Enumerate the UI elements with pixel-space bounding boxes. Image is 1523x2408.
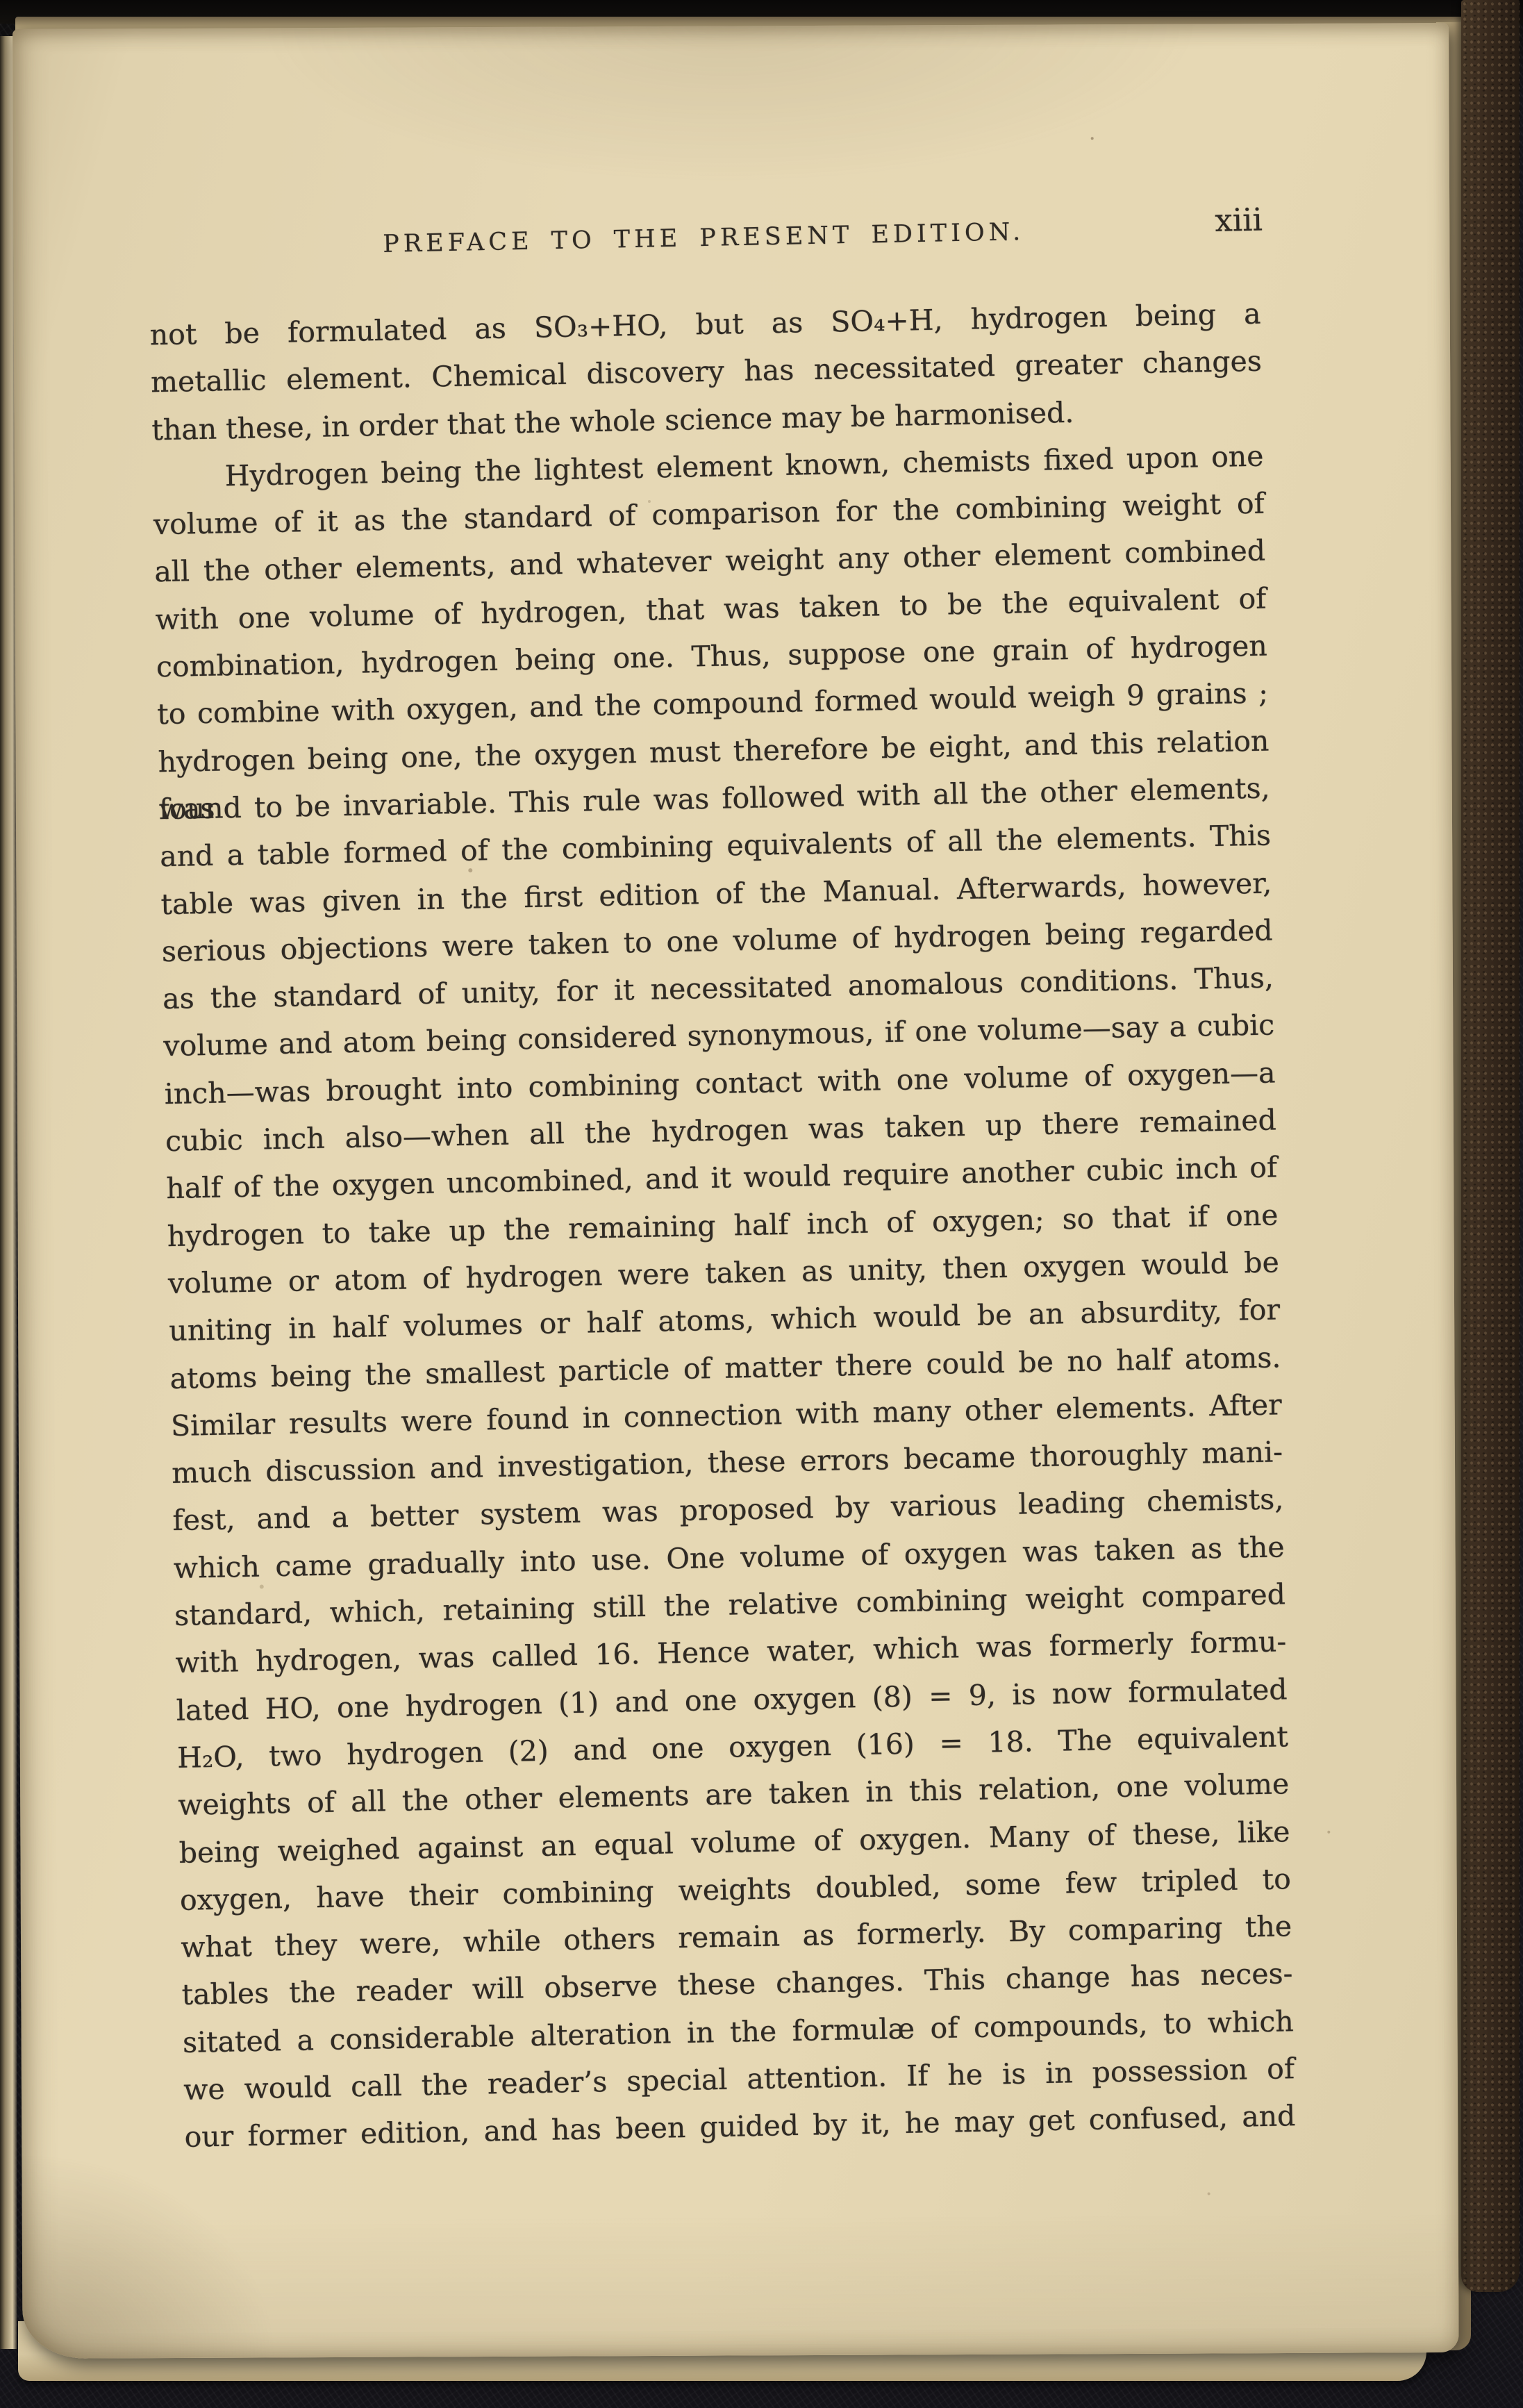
running-header-title: PREFACE TO THE PRESENT EDITION. (148, 214, 1259, 263)
page-content: PREFACE TO THE PRESENT EDITION. xiii not… (7, 3, 1488, 2359)
body-text: not be formulated as SO₃+HO, but as SO₄+… (149, 290, 1296, 2161)
page-number: xiii (1151, 201, 1263, 240)
book-page: PREFACE TO THE PRESENT EDITION. xiii not… (13, 23, 1459, 2359)
